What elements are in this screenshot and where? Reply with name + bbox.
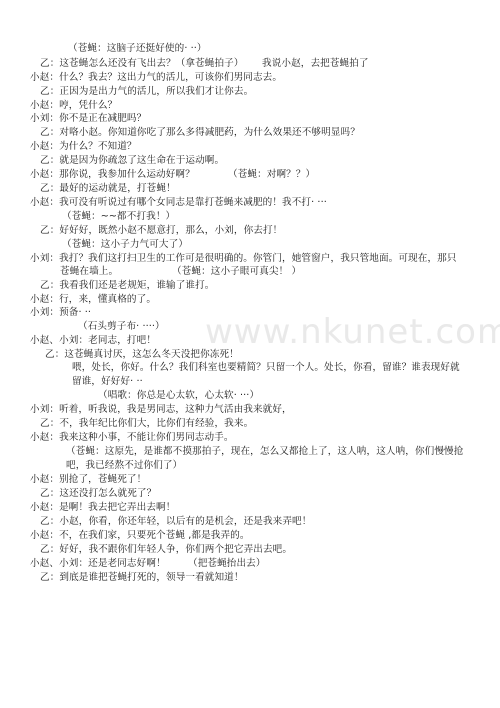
script-line: 小赵：那你说，我参加什么运动好啊？ bbox=[30, 169, 195, 181]
script-line: 乙：我看我们还是老规矩，谁输了谁打。 bbox=[40, 280, 215, 292]
script-line: 乙：不，我年纪比你们大，比你们有经验，我来。 bbox=[40, 418, 253, 430]
script-line: （唱歌：你总是心太软，心太软· ···） bbox=[98, 390, 259, 402]
script-line: 小刘：你不是正在减肥吗？ bbox=[30, 113, 146, 125]
script-line: （把苍蝇抬出去） bbox=[188, 558, 266, 570]
script-line: （苍蝇：这脑子还挺好使的· ··） bbox=[68, 43, 207, 55]
script-line: （苍蝇：对啊？？） bbox=[228, 169, 315, 181]
script-line: 小赵：哼，凭什么？ bbox=[30, 100, 117, 112]
script-line: 小赵：是啊！我去把它弄出去啊！ bbox=[30, 502, 175, 514]
script-line: 小赵、小刘：老同志，打吧！ bbox=[30, 335, 156, 347]
script-line: 小刘：我打？我们这打扫卫生的工作可是很明确的。你管门，她管窗户，我只管地面。可现… bbox=[30, 253, 457, 265]
script-line: 乙：就是因为你疏忽了这生命在于运动啊。 bbox=[40, 155, 224, 167]
script-line: 小刘：预备· ·· bbox=[30, 307, 91, 319]
script-line: 我说小赵，去把苍蝇拍了 bbox=[262, 58, 369, 70]
script-line: 小赵：为什么？不知道？ bbox=[30, 141, 137, 153]
script-line: 小刘：听着，听我说，我是男同志，这种力气活由我来就好， bbox=[30, 404, 292, 416]
watermark: www.nkunet.com bbox=[205, 312, 500, 352]
script-line: 乙：正因为是出力气的活儿，所以我们才让你去。 bbox=[40, 86, 253, 98]
script-line: 乙：最好的运动就是，打苍蝇！ bbox=[40, 183, 176, 195]
script-line: 留谁，好好好· ·· bbox=[72, 376, 143, 388]
script-line: 小赵：别抢了，苍蝇死了！ bbox=[30, 474, 146, 486]
script-line: 乙：对咯小赵。你知道你吃了那么多得减肥药，为什么效果还不够明显吗？ bbox=[40, 127, 360, 139]
script-line: 乙：这还没打怎么就死了？ bbox=[40, 488, 156, 500]
script-line: 乙：这苍蝇怎么还没有飞出去？（拿苍蝇拍子） bbox=[40, 58, 244, 70]
script-line: 小赵：我来这种小事，不能让你们男同志动手。 bbox=[30, 432, 234, 444]
script-line: （苍蝇：~~都不打我！） bbox=[62, 211, 175, 223]
script-line: 喂，处长，你好。什么？我们科室也要精简？只留一个人。处长，你看，留谁？谁表现好就 bbox=[72, 362, 460, 374]
script-line: （苍蝇：这原先，是谁都不摸那拍子，现在，怎么又都抢上了，这人呐，这人呐，你们慢慢… bbox=[66, 446, 463, 458]
script-line: 苍蝇在墙上。 bbox=[60, 266, 118, 278]
script-line: 小赵：什么？我去？这出力气的活儿，可该你们男同志去。 bbox=[30, 72, 282, 84]
script-line: 乙：到底是谁把苍蝇打死的，领导一看就知道！ bbox=[40, 572, 244, 584]
script-line: （苍蝇：这小子眼可真尖！ ） bbox=[172, 266, 301, 278]
script-line: 乙：好好，我不跟你们年轻人争，你们两个把它弄出去吧。 bbox=[40, 544, 292, 556]
script-line: （石头剪子布· ····） bbox=[78, 321, 165, 333]
script-line: 小赵、小刘：还是老同志好啊！ bbox=[30, 558, 166, 570]
script-line: （苍蝇：这小子力气可大了） bbox=[62, 239, 188, 251]
script-line: 乙：小赵，你看，你还年轻，以后有的是机会，还是我来弄吧！ bbox=[40, 516, 311, 528]
script-line: 吧，我已经熬不过你们了） bbox=[66, 460, 182, 472]
script-line: 小赵：我可没有听说过有哪个女同志是靠打苍蝇来减肥的！我不打· ··· bbox=[30, 197, 327, 209]
script-line: 乙：这苍蝇真讨厌，这怎么冬天没把你冻死！ bbox=[45, 349, 239, 361]
script-line: 小赵：不，在我们家，只要死个苍蝇 ,都是我弄的。 bbox=[30, 530, 250, 542]
script-line: 乙：好好好，既然小赵不愿意打，那么，小刘，你去打！ bbox=[40, 225, 282, 237]
script-line: 小赵：行，来，懂真格的了。 bbox=[30, 294, 156, 306]
